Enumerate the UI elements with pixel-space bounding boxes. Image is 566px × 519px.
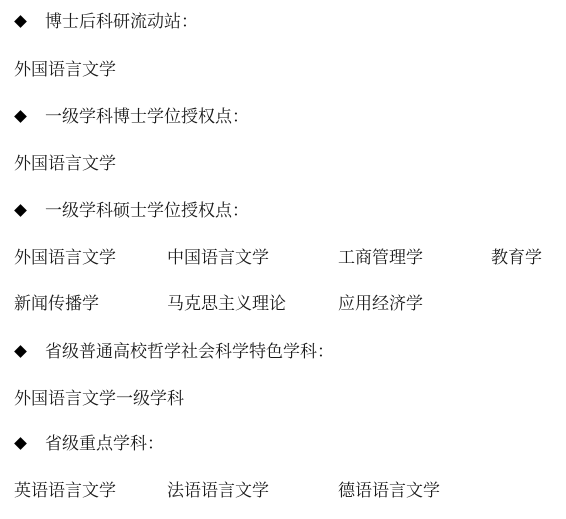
discipline-item: 法语语言文学 (167, 479, 269, 503)
heading-text: 博士后科研流动站： (45, 10, 198, 34)
discipline-item: 外国语言文学 (14, 246, 116, 270)
list-row: 外国语言文学 中国语言文学 工商管理学 教育学 (0, 246, 566, 270)
list-row: 新闻传播学 马克思主义理论 应用经济学 (0, 292, 566, 316)
discipline-item: 应用经济学 (338, 292, 423, 316)
black-diamond-icon (15, 16, 27, 28)
heading-text: 省级普通高校哲学社会科学特色学科： (45, 340, 334, 364)
discipline-item: 工商管理学 (338, 246, 423, 270)
heading-text: 省级重点学科： (45, 432, 164, 456)
discipline-item: 新闻传播学 (14, 292, 99, 316)
black-diamond-icon (15, 205, 27, 217)
discipline-item: 外国语言文学 (14, 152, 116, 176)
black-diamond-icon (15, 111, 27, 123)
discipline-item: 外国语言文学一级学科 (14, 387, 184, 411)
discipline-item: 外国语言文学 (14, 58, 116, 82)
list-row: 英语语言文学 法语语言文学 德语语言文学 (0, 479, 566, 503)
discipline-item: 教育学 (491, 246, 542, 270)
heading-text: 一级学科硕士学位授权点： (45, 199, 249, 223)
discipline-item: 德语语言文学 (338, 479, 440, 503)
black-diamond-icon (15, 438, 27, 450)
discipline-item: 英语语言文学 (14, 479, 116, 503)
discipline-item: 马克思主义理论 (167, 292, 286, 316)
heading-text: 一级学科博士学位授权点： (45, 105, 249, 129)
black-diamond-icon (15, 346, 27, 358)
discipline-item: 中国语言文学 (167, 246, 269, 270)
